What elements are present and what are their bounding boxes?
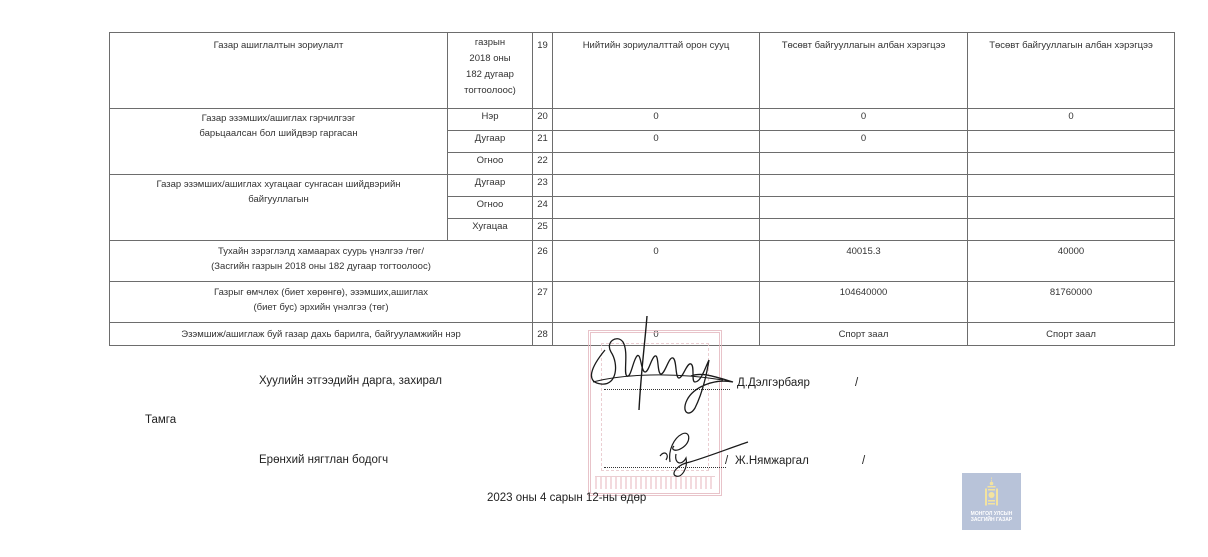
- row-number: 22: [533, 153, 553, 175]
- cell-value: [968, 131, 1175, 153]
- table-row: Газар эзэмших/ашиглах гэрчилгээг барьцаа…: [110, 109, 1175, 131]
- table-header-row: Газар ашиглалтын зориулалт газрын 2018 о…: [110, 33, 1175, 109]
- cell-value: 0: [760, 131, 968, 153]
- cell-value: [760, 219, 968, 241]
- cell-value: 0: [553, 241, 760, 282]
- cell-value: 40015.3: [760, 241, 968, 282]
- cell-value: [760, 175, 968, 197]
- accountant-title: Ерөнхий нягтлан бодогч: [259, 454, 388, 466]
- cell-value: [968, 197, 1175, 219]
- cell-value: [553, 197, 760, 219]
- row-number: 25: [533, 219, 553, 241]
- extension-decision-label: Газар эзэмших/ашиглах хугацааг сунгасан …: [110, 175, 448, 241]
- cell-value: [553, 219, 760, 241]
- sub-label: Дугаар: [448, 131, 533, 153]
- cell-value: 0: [553, 109, 760, 131]
- cell-value: Спорт заал: [968, 323, 1175, 346]
- document-date: 2023 оны 4 сарын 12-ны өдөр: [487, 492, 646, 504]
- mongolian-government-logo: МОНГОЛ УЛСЫН ЗАСГИЙН ГАЗАР: [962, 473, 1021, 530]
- row-number: 20: [533, 109, 553, 131]
- base-valuation-label: Тухайн зэрэглэлд хамаарах суурь үнэлгээ …: [110, 241, 533, 282]
- director-signature: [583, 312, 743, 422]
- cell-value: 81760000: [968, 282, 1175, 323]
- table-row: Газар эзэмших/ашиглах хугацааг сунгасан …: [110, 175, 1175, 197]
- cell-value: 40000: [968, 241, 1175, 282]
- director-name: Д.Дэлгэрбаяр: [737, 377, 810, 389]
- sub-label: Огноо: [448, 153, 533, 175]
- table-row: Тухайн зэрэглэлд хамаарах суурь үнэлгээ …: [110, 241, 1175, 282]
- header-col-1: Нийтийн зориулалттай орон сууц: [553, 33, 760, 109]
- stamp-label: Тамга: [145, 414, 176, 426]
- cell-value: [968, 219, 1175, 241]
- accountant-name-close: /: [862, 455, 865, 467]
- row-number: 27: [533, 282, 553, 323]
- cell-value: 0: [968, 109, 1175, 131]
- cell-value: 0: [553, 131, 760, 153]
- header-sub: газрын 2018 оны 182 дугаар тогтоолоос): [448, 33, 533, 109]
- cell-value: [968, 175, 1175, 197]
- header-col-2: Төсөвт байгууллагын албан хэрэгцээ: [760, 33, 968, 109]
- cell-value: [760, 197, 968, 219]
- sub-label: Огноо: [448, 197, 533, 219]
- director-name-close: /: [855, 377, 858, 389]
- cell-value: [553, 153, 760, 175]
- cell-value: [968, 153, 1175, 175]
- rights-valuation-label: Газрыг өмчлөх (биет хөрөнгө), эзэмших,аш…: [110, 282, 533, 323]
- row-number: 26: [533, 241, 553, 282]
- accountant-signature: [630, 420, 750, 480]
- sub-label: Дугаар: [448, 175, 533, 197]
- row-number: 21: [533, 131, 553, 153]
- header-col-3: Төсөвт байгууллагын албан хэрэгцээ: [968, 33, 1175, 109]
- sub-label: Нэр: [448, 109, 533, 131]
- cell-value: Спорт заал: [760, 323, 968, 346]
- logo-caption: МОНГОЛ УЛСЫН ЗАСГИЙН ГАЗАР: [962, 511, 1021, 523]
- sub-label: Хугацаа: [448, 219, 533, 241]
- row-number: 28: [533, 323, 553, 346]
- row-number: 24: [533, 197, 553, 219]
- building-name-label: Эзэмшиж/ашиглаж буй газар дахь барилга, …: [110, 323, 533, 346]
- cell-value: 0: [760, 109, 968, 131]
- header-label: Газар ашиглалтын зориулалт: [110, 33, 448, 109]
- land-use-table: Газар ашиглалтын зориулалт газрын 2018 о…: [109, 32, 1175, 346]
- director-title: Хуулийн этгээдийн дарга, захирал: [259, 375, 442, 387]
- cell-value: [760, 153, 968, 175]
- cell-value: 104640000: [760, 282, 968, 323]
- cell-value: [553, 175, 760, 197]
- pledge-decision-label: Газар эзэмших/ашиглах гэрчилгээг барьцаа…: [110, 109, 448, 175]
- soyombo-emblem-icon: [984, 477, 999, 507]
- row-number: 19: [533, 33, 553, 109]
- row-number: 23: [533, 175, 553, 197]
